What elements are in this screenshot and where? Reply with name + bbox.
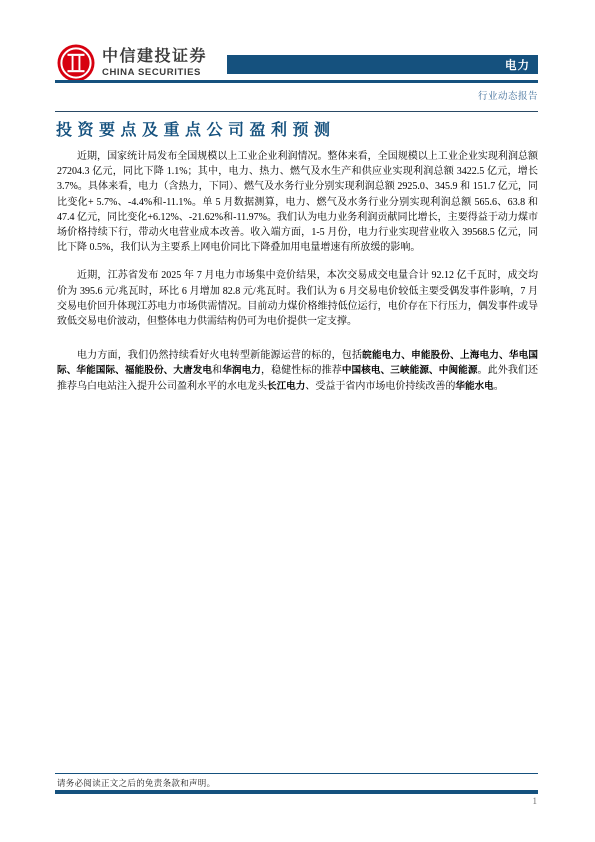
citic-logo-icon — [57, 44, 95, 82]
disclaimer-text: 请务必阅读正文之后的免责条款和声明。 — [57, 777, 215, 789]
page-number: 1 — [533, 796, 538, 806]
sector-bar: 电力 — [227, 55, 538, 74]
brand-name-cn: 中信建投证券 — [102, 48, 207, 66]
report-type-label: 行业动态报告 — [478, 88, 538, 102]
brand-text: 中信建投证券 CHINA SECURITIES — [102, 48, 207, 78]
body-paragraph: 近期，国家统计局发布全国规模以上工业企业利润情况。整体来看，全国规模以上工业企业… — [57, 149, 538, 255]
sector-label: 电力 — [505, 57, 538, 73]
body-paragraph: 电力方面，我们仍然持续看好火电转型新能源运营的标的，包括皖能电力、申能股份、上海… — [57, 348, 538, 394]
page-title: 投资要点及重点公司盈利预测 — [56, 117, 336, 140]
header-rule — [55, 80, 538, 83]
body-paragraph: 近期，江苏省发布 2025 年 7 月电力市场集中竞价结果，本次交易成交电量合计… — [57, 268, 538, 329]
footer-rule-thin — [55, 773, 538, 774]
brand-name-en: CHINA SECURITIES — [102, 67, 207, 78]
title-rule — [55, 111, 538, 112]
brand-logo: 中信建投证券 CHINA SECURITIES — [57, 44, 207, 82]
report-body: 近期，国家统计局发布全国规模以上工业企业利润情况。整体来看，全国规模以上工业企业… — [57, 149, 538, 407]
report-page: 中信建投证券 CHINA SECURITIES 电力 行业动态报告 投资要点及重… — [0, 0, 595, 842]
footer-rule-thick — [55, 790, 538, 794]
